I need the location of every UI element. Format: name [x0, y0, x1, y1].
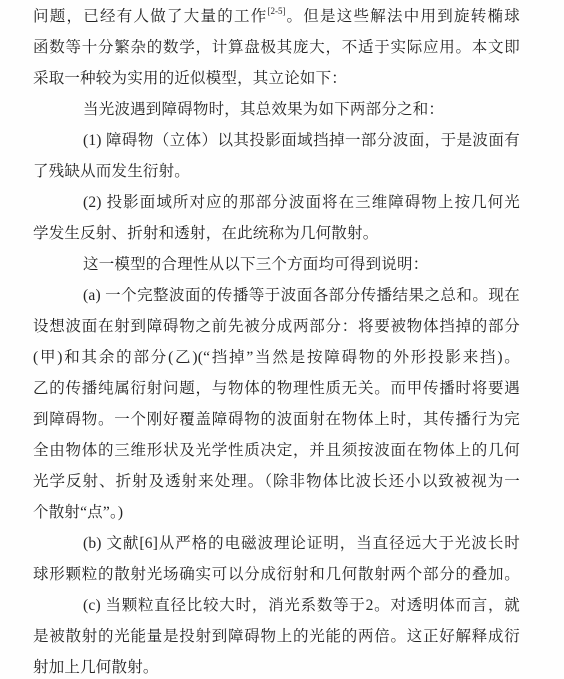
text-line: 光学反射、折射及透射来处理。（除非物体比波长还小以致被视为一: [33, 466, 520, 497]
text-run: (甲)和其余的部分(乙)(“挡掉”当然是按障碍物的外形投影来挡)。: [33, 349, 520, 366]
text-line: (甲)和其余的部分(乙)(“挡掉”当然是按障碍物的外形投影来挡)。: [33, 342, 520, 373]
text-run: (1) 障碍物（立体）以其投影面域挡掉一部分波面，于是波面有: [83, 132, 520, 149]
text-run: 设想波面在射到障碍物之前先被分成两部分：将要被物体挡掉的部分: [33, 318, 520, 335]
text-run: 当光波遇到障碍物时，其总效果为如下两部分之和：: [83, 101, 444, 118]
text-line: (a) 一个完整波面的传播等于波面各部分传播结果之总和。现在: [33, 280, 520, 311]
text-run: 射加上几何散射。: [33, 659, 159, 676]
text-line: 个散射“点”。): [33, 497, 520, 528]
text-line: (1) 障碍物（立体）以其投影面域挡掉一部分波面，于是波面有: [33, 125, 520, 156]
text-line: 了残缺从而发生衍射。: [33, 156, 520, 187]
text-line: 当光波遇到障碍物时，其总效果为如下两部分之和：: [33, 94, 520, 125]
text-line: (b) 文献[6]从严格的电磁波理论证明，当直径远大于光波长时: [33, 528, 520, 559]
body-text: 问题，已经有人做了大量的工作[2-5]。但是这些解法中用到旋转椭球函数等十分繁杂…: [33, 1, 520, 679]
text-run: (b) 文献[6]从严格的电磁波理论证明，当直径远大于光波长时: [83, 535, 520, 552]
text-line: 函数等十分繁杂的数学，计算盘极其庞大，不适于实际应用。本文即: [33, 32, 520, 63]
text-run: 是被散射的光能量是投射到障碍物上的光能的两倍。这正好解释成衍: [33, 628, 520, 645]
text-run: 采取一种较为实用的近似模型，其立论如下：: [33, 70, 347, 87]
citation-superscript: [2-5]: [268, 6, 286, 16]
text-run: 乙的传播纯属衍射问题，与物体的物理性质无关。而甲传播时将要遇: [33, 380, 520, 397]
text-run: 球形颗粒的散射光场确实可以分成衍射和几何散射两个部分的叠加。: [33, 566, 520, 583]
text-line: 是被散射的光能量是投射到障碍物上的光能的两倍。这正好解释成衍: [33, 621, 520, 652]
text-line: 球形颗粒的散射光场确实可以分成衍射和几何散射两个部分的叠加。: [33, 559, 520, 590]
text-line: 问题，已经有人做了大量的工作[2-5]。但是这些解法中用到旋转椭球: [33, 1, 520, 32]
text-line: 采取一种较为实用的近似模型，其立论如下：: [33, 63, 520, 94]
text-run: 学发生反射、折射和透射，在此统称为几何散射。: [33, 225, 378, 242]
text-run: 了残缺从而发生衍射。: [33, 163, 190, 180]
text-run: 函数等十分繁杂的数学，计算盘极其庞大，不适于实际应用。本文即: [33, 39, 520, 56]
text-run: 问题，已经有人做了大量的工作: [33, 8, 268, 25]
text-line: (2) 投影面域所对应的那部分波面将在三维障碍物上按几何光: [33, 187, 520, 218]
text-run: 这一模型的合理性从以下三个方面均可得到说明：: [83, 256, 428, 273]
text-line: 全由物体的三维形状及光学性质决定，并且须按波面在物体上的几何: [33, 435, 520, 466]
text-run: (2) 投影面域所对应的那部分波面将在三维障碍物上按几何光: [83, 194, 520, 211]
text-run: 光学反射、折射及透射来处理。（除非物体比波长还小以致被视为一: [33, 473, 520, 490]
text-line: 学发生反射、折射和透射，在此统称为几何散射。: [33, 218, 520, 249]
text-line: 乙的传播纯属衍射问题，与物体的物理性质无关。而甲传播时将要遇: [33, 373, 520, 404]
text-run: (c) 当颗粒直径比较大时，消光系数等于2。对透明体而言，就: [83, 597, 520, 614]
text-line: 射加上几何散射。: [33, 652, 520, 679]
text-run: 全由物体的三维形状及光学性质决定，并且须按波面在物体上的几何: [33, 442, 520, 459]
text-run: (a) 一个完整波面的传播等于波面各部分传播结果之总和。现在: [83, 287, 520, 304]
text-line: (c) 当颗粒直径比较大时，消光系数等于2。对透明体而言，就: [33, 590, 520, 621]
text-run: 个散射“点”。): [33, 504, 123, 521]
text-run: 到障碍物。一个刚好覆盖障碍物的波面射在物体上时，其传播行为完: [33, 411, 520, 428]
text-line: 这一模型的合理性从以下三个方面均可得到说明：: [33, 249, 520, 280]
text-line: 设想波面在射到障碍物之前先被分成两部分：将要被物体挡掉的部分: [33, 311, 520, 342]
text-run: 。但是这些解法中用到旋转椭球: [286, 8, 521, 25]
text-line: 到障碍物。一个刚好覆盖障碍物的波面射在物体上时，其传播行为完: [33, 404, 520, 435]
document-page: 问题，已经有人做了大量的工作[2-5]。但是这些解法中用到旋转椭球函数等十分繁杂…: [0, 0, 564, 679]
